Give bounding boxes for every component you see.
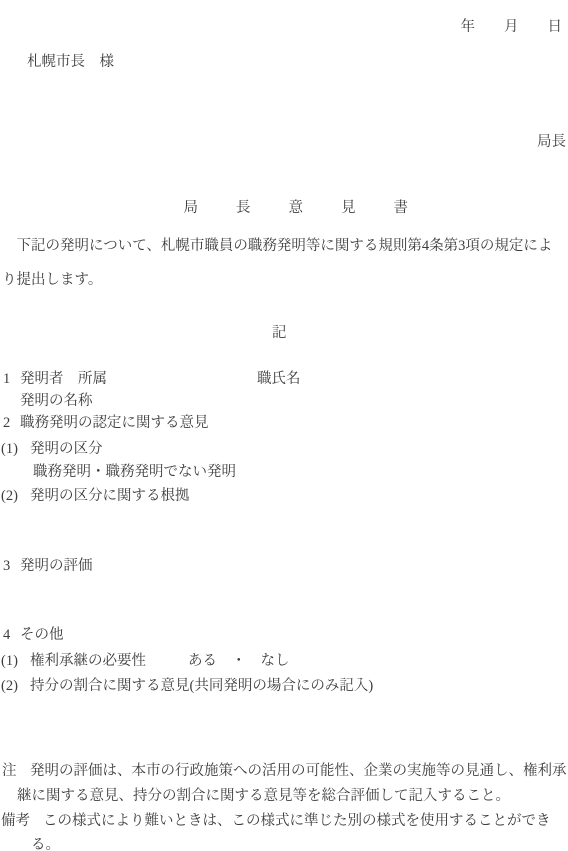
- item-invention-category: (1) 発明の区分: [0, 441, 568, 458]
- note-line-2: 継に関する意見、持分の割合に関する意見等を総合評価して記入すること。: [0, 788, 568, 805]
- note-text-1: 発明の評価は、本市の行政施策への活用の可能性、企業の実施等の見通し、権利承: [30, 763, 567, 780]
- item-text-invention-category: 発明の区分: [30, 441, 103, 458]
- item-recognition-opinion: 2 職務発明の認定に関する意見: [0, 415, 568, 432]
- note-label: 注: [2, 763, 17, 780]
- intro-line-2: り提出します。: [0, 272, 568, 289]
- intro-line-1: 下記の発明について、札幌市職員の職務発明等に関する規則第4条第3項の規定によ: [0, 238, 568, 255]
- date-placeholder: 年 月 日: [461, 19, 563, 35]
- document-page: 年 月 日 札幌市長 様 局長 局 長 意 見 書 下記の発明について、札幌市職…: [0, 0, 568, 851]
- item-other: 4 その他: [0, 627, 568, 644]
- item-label: (1): [1, 441, 18, 458]
- intro-text-2: り提出します。: [2, 272, 102, 289]
- item-number: 4: [3, 627, 10, 644]
- item-label: (1): [1, 653, 18, 670]
- sender-title-label: 局長: [537, 134, 566, 150]
- item-category-basis: (2) 発明の区分に関する根拠: [0, 488, 568, 505]
- item-label: (2): [1, 488, 18, 505]
- ki-marker: 記: [272, 325, 287, 342]
- date-line: 年 月 日: [0, 2, 568, 19]
- remark-line-2: る。: [0, 837, 568, 851]
- remark-line-1: 備考 この様式により難いときは、この様式に準じた別の様式を使用することができ: [0, 813, 568, 830]
- item-text-category-options: 職務発明・職務発明でない発明: [33, 464, 236, 481]
- item-text-invention-title: 発明の名称: [20, 393, 93, 410]
- item-text-category-basis: 発明の区分に関する根拠: [30, 488, 190, 505]
- item-number: 3: [3, 558, 10, 575]
- note-line-1: 注 発明の評価は、本市の行政施策への活用の可能性、企業の実施等の見通し、権利承: [0, 763, 568, 780]
- item-evaluation: 3 発明の評価: [0, 558, 568, 575]
- item-text-evaluation: 発明の評価: [20, 558, 93, 575]
- item-option-yes-no: ある ・ なし: [188, 653, 290, 670]
- item-text-recognition-opinion: 職務発明の認定に関する意見: [20, 415, 209, 432]
- remark-text-1: この様式により難いときは、この様式に準じた別の様式を使用することができ: [43, 813, 551, 830]
- item-text-inventor-affiliation: 発明者 所属: [20, 371, 107, 388]
- document-title: 局 長 意 見 書: [0, 183, 568, 200]
- intro-text-1: 下記の発明について、札幌市職員の職務発明等に関する規則第4条第3項の規定によ: [2, 238, 552, 255]
- remark-text-2: る。: [31, 837, 60, 851]
- document-title-text: 局 長 意 見 書: [184, 200, 412, 216]
- ki-marker-line: 記: [0, 325, 568, 342]
- item-text-rights-succession: 権利承継の必要性: [30, 653, 146, 670]
- sender-line: 局長: [0, 117, 568, 134]
- item-invention-title: 発明の名称: [0, 393, 568, 410]
- addressee-label: 札幌市長 様: [27, 54, 114, 71]
- item-inventor: 1 発明者 所属 職氏名: [0, 371, 568, 388]
- note-text-2: 継に関する意見、持分の割合に関する意見等を総合評価して記入すること。: [17, 788, 510, 805]
- item-text-share-ratio-opinion: 持分の割合に関する意見(共同発明の場合にのみ記入): [30, 678, 373, 695]
- remark-label: 備考: [1, 813, 30, 830]
- item-number: 2: [3, 415, 10, 432]
- item-text-inventor-name: 職氏名: [257, 371, 301, 388]
- item-share-ratio-opinion: (2) 持分の割合に関する意見(共同発明の場合にのみ記入): [0, 678, 568, 695]
- item-category-options: 職務発明・職務発明でない発明: [0, 464, 568, 481]
- item-text-other: その他: [20, 627, 64, 644]
- addressee-line: 札幌市長 様: [0, 54, 568, 71]
- item-label: (2): [1, 678, 18, 695]
- item-rights-succession: (1) 権利承継の必要性 ある ・ なし: [0, 653, 568, 670]
- item-number: 1: [3, 371, 10, 388]
